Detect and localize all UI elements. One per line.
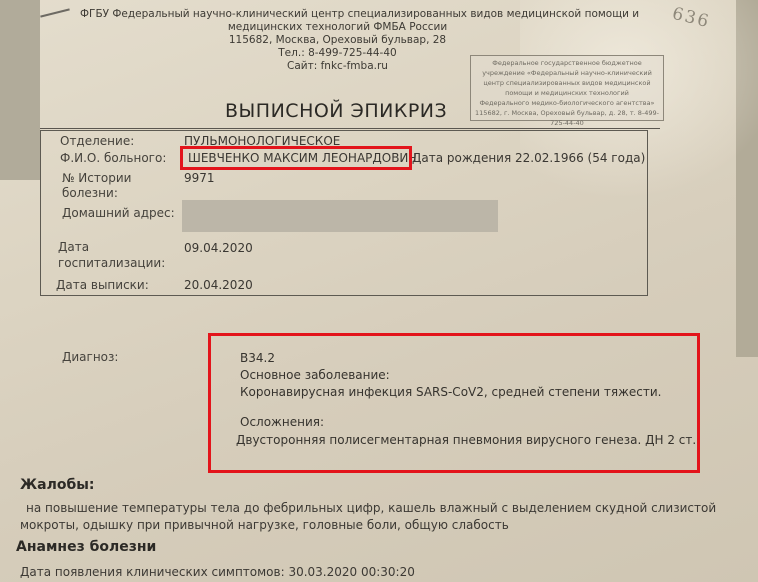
organization-header: ФГБУ Федеральный научно-клинический цент… — [80, 8, 500, 73]
document-title: ВЫПИСНОЙ ЭПИКРИЗ — [225, 100, 447, 122]
org-name-line2: медицинских технологий ФМБА России — [80, 21, 500, 34]
stamp-line: помощи и медицинских технологий — [471, 88, 663, 98]
stamp-line: 115682, г. Москва, Ореховый бульвар, д. … — [471, 108, 663, 128]
complaints-heading: Жалобы: — [20, 477, 95, 493]
highlight-patient-name — [180, 146, 412, 170]
pen-mark — [40, 8, 70, 17]
department-label: Отделение: — [60, 134, 134, 149]
org-website: Сайт: fnkc-fmba.ru — [80, 60, 500, 73]
discharge-date-value: 20.04.2020 — [184, 278, 253, 292]
anamnesis-heading: Анамнез болезни — [16, 539, 156, 555]
stamp-line: учреждение «Федеральный научно-клиническ… — [471, 68, 663, 78]
diagnosis-label: Диагноз: — [62, 350, 118, 364]
history-number-value: 9971 — [184, 171, 215, 185]
background-panel-right — [736, 0, 758, 357]
patient-name-label: Ф.И.О. больного: — [60, 151, 166, 166]
highlight-diagnosis — [208, 333, 700, 473]
admission-date-label-2: госпитализации: — [58, 256, 165, 271]
complaints-line-1: на повышение температуры тела до фебриль… — [26, 500, 716, 517]
org-name-line1: ФГБУ Федеральный научно-клинический цент… — [80, 8, 500, 21]
handwritten-page-number: 636 — [670, 4, 712, 33]
complaints-line-2: мокроты, одышку при привычной нагрузке, … — [20, 517, 509, 534]
stamp-line: Федеральное государственное бюджетное — [471, 58, 663, 68]
history-number-label-2: болезни: — [62, 186, 118, 201]
history-number-label-1: № Истории — [62, 171, 131, 186]
symptom-onset-text: Дата появления клинических симптомов: 30… — [20, 564, 415, 581]
stamp-line: центр специализированных видов медицинск… — [471, 78, 663, 88]
admission-date-value: 09.04.2020 — [184, 241, 253, 255]
stamp-line: Федерального медико-биологического агент… — [471, 98, 663, 108]
discharge-date-label: Дата выписки: — [56, 278, 149, 293]
org-phone: Тел.: 8-499-725-44-40 — [80, 47, 500, 60]
institution-stamp: Федеральное государственное бюджетное уч… — [470, 55, 664, 121]
birth-date-text: Дата рождения 22.02.1966 (54 года) — [412, 151, 645, 165]
admission-date-label-1: Дата — [58, 240, 89, 255]
title-divider — [40, 128, 660, 129]
org-address: 115682, Москва, Ореховый бульвар, 28 — [80, 34, 500, 47]
background-panel-left — [0, 0, 40, 180]
redacted-address — [182, 200, 498, 232]
home-address-label: Домашний адрес: — [62, 206, 175, 221]
